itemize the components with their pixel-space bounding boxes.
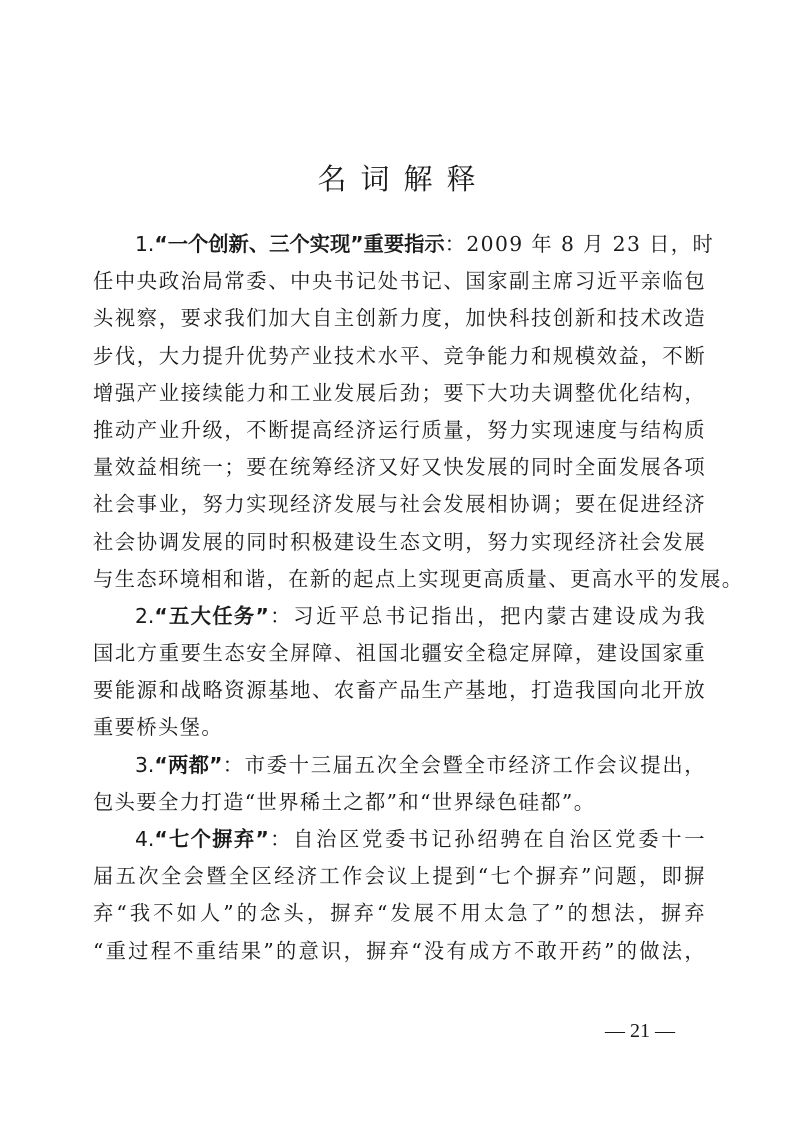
entry-term: “七个摒弃” <box>154 827 268 851</box>
page-title: 名词解释 <box>0 157 793 198</box>
entry-2-line: 要能源和战略资源基地、农畜产品生产基地，打造我国向北开放 <box>93 672 706 709</box>
entry-1-line: 与生态环境相和谐，在新的起点上实现更高质量、更高水平的发展。 <box>93 561 706 598</box>
entry-term: “一个创新、三个实现”重要指示 <box>154 232 444 256</box>
entry-1-line: 增强产业接续能力和工业发展后劲；要下大功夫调整优化结构， <box>93 375 706 412</box>
entry-text: ：自治区党委书记孙绍骋在自治区党委十一 <box>269 827 706 851</box>
entry-number: 3. <box>135 753 154 777</box>
entry-2-first-line: 2.“五大任务”：习近平总书记指出，把内蒙古建设成为我 <box>93 598 706 635</box>
entry-1-line: 推动产业升级，不断提高经济运行质量，努力实现速度与结构质 <box>93 412 706 449</box>
entry-1-line: 头视察，要求我们加大自主创新力度，加快科技创新和技术改造 <box>93 300 706 337</box>
entry-3-first-line: 3.“两都”：市委十三届五次全会暨全市经济工作会议提出， <box>93 747 706 784</box>
entry-4-first-line: 4.“七个摒弃”：自治区党委书记孙绍骋在自治区党委十一 <box>93 821 706 858</box>
entry-3-line: 包头要全力打造“世界稀土之都”和“世界绿色硅都”。 <box>93 784 706 821</box>
entry-1-line: 量效益相统一；要在统筹经济又好又快发展的同时全面发展各项 <box>93 449 706 486</box>
entry-text: ：习近平总书记指出，把内蒙古建设成为我 <box>269 604 706 628</box>
entry-1-line: 社会协调发展的同时积极建设生态文明，努力实现经济社会发展 <box>93 524 706 561</box>
page-number: — 21 — <box>605 1020 675 1043</box>
entry-number: 4. <box>135 827 154 851</box>
entry-2-line: 重要桥头堡。 <box>93 709 706 746</box>
entry-2-line: 国北方重要生态安全屏障、祖国北疆安全稳定屏障，建设国家重 <box>93 635 706 672</box>
entry-1-line: 步伐，大力提升优势产业技术水平、竞争能力和规模效益，不断 <box>93 338 706 375</box>
entry-4-line: 届五次全会暨全区经济工作会议上提到“七个摒弃”问题，即摒 <box>93 858 706 895</box>
entry-text: ：2009 年 8 月 23 日，时 <box>445 232 714 256</box>
entry-term: “两都” <box>154 753 222 777</box>
entry-number: 2. <box>135 604 154 628</box>
entry-4-line: “重过程不重结果”的意识，摒弃“没有成方不敢开药”的做法， <box>93 933 706 970</box>
entry-1-first-line: 1.“一个创新、三个实现”重要指示：2009 年 8 月 23 日，时 <box>93 226 706 263</box>
document-body: 1.“一个创新、三个实现”重要指示：2009 年 8 月 23 日，时 任中央政… <box>93 226 706 970</box>
entry-4-line: 弃“我不如人”的念头，摒弃“发展不用太急了”的想法，摒弃 <box>93 895 706 932</box>
entry-text: ：市委十三届五次全会暨全市经济工作会议提出， <box>222 753 706 777</box>
entry-1-line: 任中央政治局常委、中央书记处书记、国家副主席习近平亲临包 <box>93 263 706 300</box>
entry-1-line: 社会事业，努力实现经济发展与社会发展相协调；要在促进经济 <box>93 486 706 523</box>
entry-term: “五大任务” <box>154 604 268 628</box>
document-page: 名词解释 1.“一个创新、三个实现”重要指示：2009 年 8 月 23 日，时… <box>0 0 793 1122</box>
entry-number: 1. <box>135 232 154 256</box>
